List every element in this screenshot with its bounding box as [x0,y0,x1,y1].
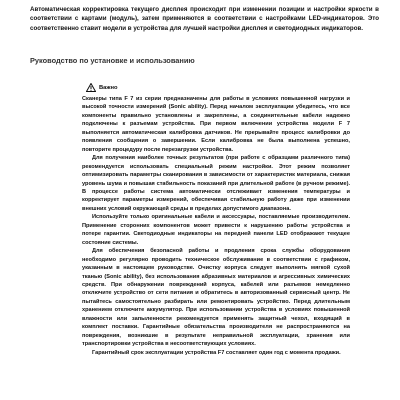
body-paragraph: Гарантийный срок эксплуатации устройства… [82,349,350,357]
body-paragraph: Сканеры типа F 7 из серии предназначены … [82,95,350,154]
warning-triangle-icon [86,83,96,92]
body-text: Сканеры типа F 7 из серии предназначены … [82,95,350,357]
notice-label: Важно [99,85,118,91]
intro-paragraph: Автоматическая корректировка текущего ди… [30,5,379,33]
important-notice: Важно [86,83,118,92]
body-paragraph: Для получения наиболее точных результато… [82,154,350,213]
body-paragraph: Используйте только оригинальные кабели и… [82,213,350,247]
section-heading: Руководство по установке и использованию [30,56,290,65]
body-paragraph: Для обеспечения безопасной работы и прод… [82,247,350,348]
